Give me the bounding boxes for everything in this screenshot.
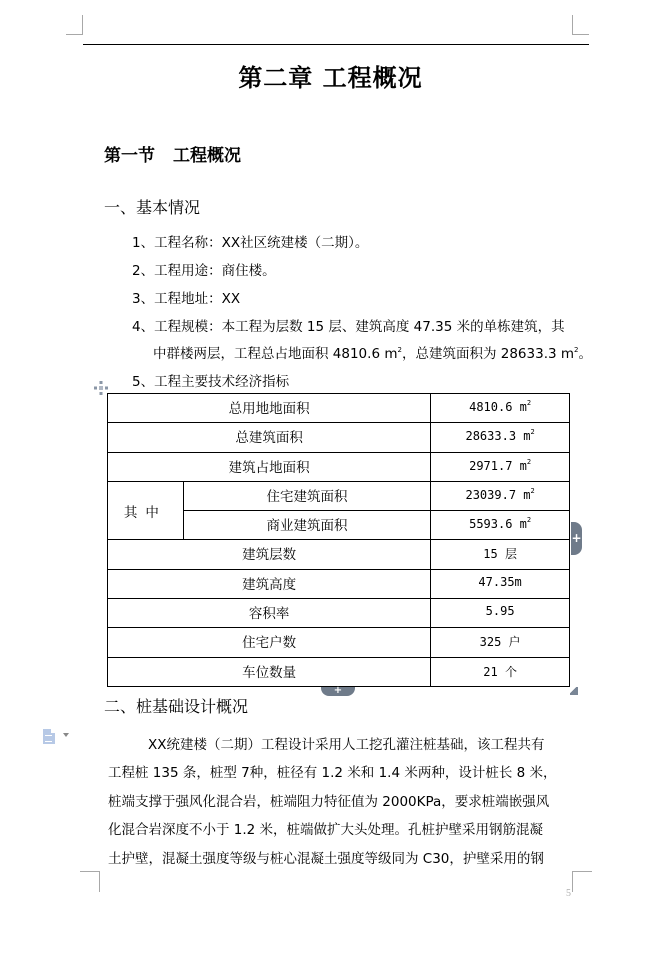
cell-value[interactable]: 2971.7 m2 [431,452,570,481]
section-title: 第一节工程概况 [104,141,241,166]
header-rule [83,44,589,45]
cell-value[interactable]: 47.35m [431,569,570,598]
scale-text-1: 中群楼两层，工程总占地面积 4810.6 m [153,346,397,362]
table-row: 建筑高度 47.35m [108,569,570,598]
table-row: 容积率 5.95 [108,599,570,628]
cell-label[interactable]: 建筑占地面积 [108,452,431,481]
margin-corner-bottom-right [572,871,592,892]
cell-value[interactable]: 5.95 [431,599,570,628]
margin-corner-bottom-left [80,871,100,892]
info-item-scale: 4、工程规模：本工程为层数 15 层、建筑高度 47.35 米的单栋建筑，其 [132,315,565,335]
cell-value[interactable]: 28633.3 m2 [431,423,570,452]
chapter-title: 第二章 工程概况 [0,58,661,93]
cell-label[interactable]: 总用地地面积 [108,394,431,423]
cell-value[interactable]: 23039.7 m2 [431,481,570,510]
cell-label[interactable]: 住宅户数 [108,628,431,657]
cell-label[interactable]: 车位数量 [108,657,431,686]
info-item-address: 3、工程地址：XX [132,287,240,307]
paragraph-line: 工程桩 135 条，桩型 7种，桩径有 1.2 米和 1.4 米两种，设计桩长 … [108,759,574,787]
technical-indicators-table: 总用地地面积 4810.6 m2 总建筑面积 28633.3 m2 建筑占地面积… [107,393,570,687]
info-item-indicators: 5、工程主要技术经济指标 [132,370,289,390]
table-row: 总建筑面积 28633.3 m2 [108,423,570,452]
section-name: 工程概况 [173,146,241,166]
cell-value[interactable]: 15 层 [431,540,570,569]
table-row: 其中 住宅建筑面积 23039.7 m2 [108,481,570,510]
table-row: 总用地地面积 4810.6 m2 [108,394,570,423]
table-row: 建筑占地面积 2971.7 m2 [108,452,570,481]
cell-label[interactable]: 容积率 [108,599,431,628]
heading-pile-foundation: 二、桩基础设计概况 [104,694,248,717]
section-label: 第一节 [104,146,155,166]
paragraph-line: XX统建楼（二期）工程设计采用人工挖孔灌注桩基础，该工程共有 [108,731,574,759]
margin-corner-top-left [66,15,83,35]
add-column-button[interactable]: + [571,522,582,555]
margin-corner-top-right [572,15,589,35]
table-row: 住宅户数 325 户 [108,628,570,657]
paragraph-line: 化混合岩深度不小于 1.2 米，桩端做扩大头处理。孔桩护壁采用钢筋混凝 [108,816,574,844]
cell-value[interactable]: 5593.6 m2 [431,511,570,540]
add-row-button[interactable]: + [321,687,355,696]
info-item-usage: 2、工程用途：商住楼。 [132,259,276,279]
info-item-scale-cont: 中群楼两层，工程总占地面积 4810.6 m2，总建筑面积为 28633.3 m… [153,342,592,362]
scale-text-3: 。 [578,346,592,362]
cell-label[interactable]: 建筑层数 [108,540,431,569]
scale-text-2: ，总建筑面积为 28633.3 m [402,346,574,362]
cell-label[interactable]: 建筑高度 [108,569,431,598]
cell-value[interactable]: 21 个 [431,657,570,686]
cell-label[interactable]: 总建筑面积 [108,423,431,452]
cell-value[interactable]: 4810.6 m2 [431,394,570,423]
pile-foundation-paragraph: XX统建楼（二期）工程设计采用人工挖孔灌注桩基础，该工程共有 工程桩 135 条… [108,731,574,873]
info-item-name: 1、工程名称：XX社区统建楼（二期）。 [132,231,368,251]
cell-value[interactable]: 325 户 [431,628,570,657]
paragraph-line: 土护壁，混凝土强度等级与桩心混凝土强度等级同为 C30，护壁采用的钢 [108,845,574,873]
paragraph-line: 桩端支撑于强风化混合岩，桩端阻力特征值为 2000KPa，要求桩端嵌强风 [108,788,574,816]
cell-label[interactable]: 住宅建筑面积 [183,481,430,510]
cell-group-label[interactable]: 其中 [108,481,184,540]
paragraph-layout-icon[interactable] [43,729,55,744]
chevron-down-icon[interactable] [63,733,69,737]
cell-label[interactable]: 商业建筑面积 [183,511,430,540]
table-row: 车位数量 21 个 [108,657,570,686]
table-resize-handle[interactable] [570,687,578,695]
table-row: 建筑层数 15 层 [108,540,570,569]
heading-basic-info: 一、基本情况 [104,195,200,218]
page-number: 5 [566,888,571,899]
table-move-icon[interactable] [94,381,108,395]
